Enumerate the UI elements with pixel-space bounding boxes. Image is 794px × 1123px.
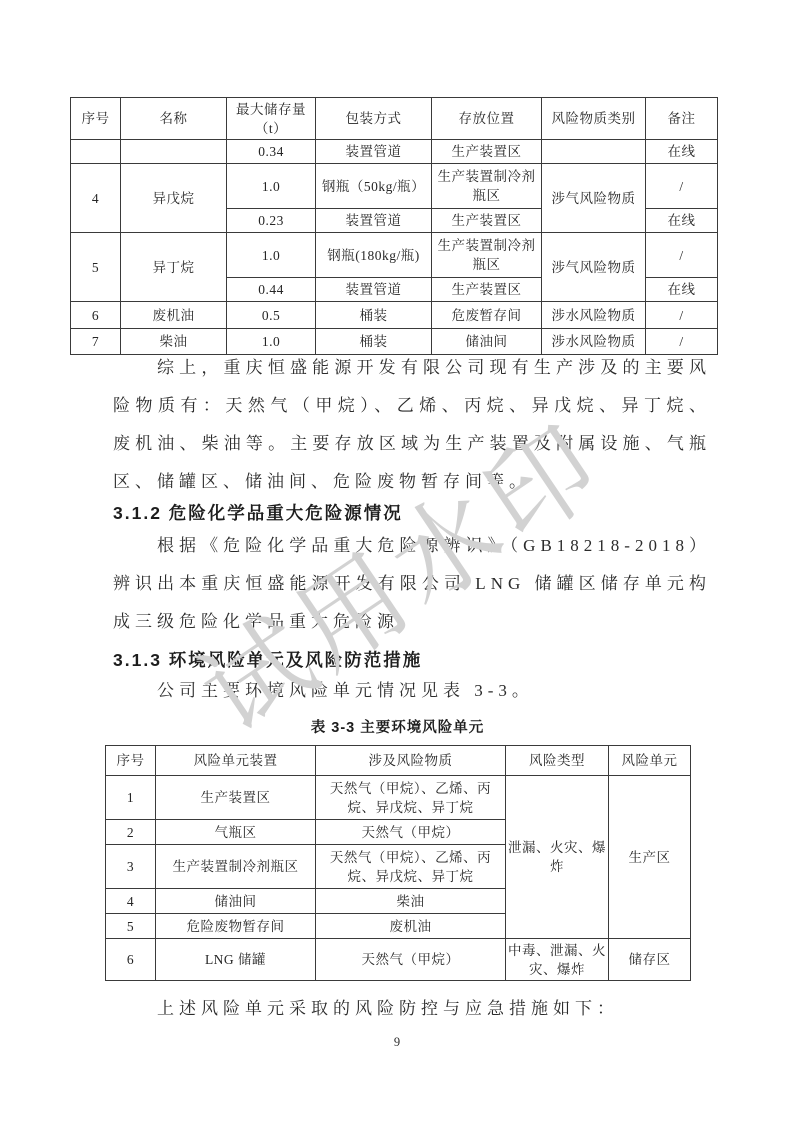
table-cell: 涉气风险物质 [542,164,646,233]
table-cell: 0.23 [227,209,316,233]
table-cell: 3 [106,845,156,889]
heading-3-1-2: 3.1.2 危险化学品重大危险源情况 [113,501,753,525]
table-cell: / [646,233,718,278]
table-cell: 在线 [646,209,718,233]
heading-3-1-3: 3.1.3 环境风险单元及风险防范措施 [113,648,753,672]
table-cell: 异丁烷 [121,233,227,302]
column-header: 涉及风险物质 [316,746,506,776]
table-cell: 生产装置区 [432,278,542,302]
table-cell: 储油间 [156,889,316,914]
column-header: 序号 [71,98,121,140]
table-header-row: 序号 名称 最大储存量（t） 包装方式 存放位置 风险物质类别 备注 [71,98,718,140]
table-cell: 钢瓶（50kg/瓶） [316,164,432,209]
table-cell: 天然气（甲烷） [316,820,506,845]
table-cell: 危废暂存间 [432,302,542,329]
column-header: 最大储存量（t） [227,98,316,140]
table-cell: 气瓶区 [156,820,316,845]
table-cell: 泄漏、火灾、爆炸 [506,776,609,939]
paragraph-measures-intro: 上述风险单元采取的风险防控与应急措施如下： [113,990,711,1028]
table-cell: 钢瓶(180kg/瓶) [316,233,432,278]
column-header: 序号 [106,746,156,776]
table-cell: 生产装置区 [156,776,316,820]
table-cell: 涉气风险物质 [542,233,646,302]
table-cell: 储存区 [609,939,691,981]
environment-risk-unit-table: 序号 风险单元装置 涉及风险物质 风险类型 风险单元 1 生产装置区 天然气（甲… [105,745,691,981]
table-cell: 生产装置制冷剂瓶区 [432,164,542,209]
table-cell: 0.44 [227,278,316,302]
table-cell: 异戊烷 [121,164,227,233]
table-cell: 生产装置区 [432,209,542,233]
table-cell: 2 [106,820,156,845]
table-cell: 5 [106,914,156,939]
table-cell: 柴油 [316,889,506,914]
table-cell: 在线 [646,140,718,164]
table-cell: 1.0 [227,164,316,209]
table-cell: 装置管道 [316,209,432,233]
table-cell: 天然气（甲烷）、乙烯、丙烷、异戊烷、异丁烷 [316,845,506,889]
page-number: 9 [0,1032,794,1052]
risk-substance-table: 序号 名称 最大储存量（t） 包装方式 存放位置 风险物质类别 备注 0.34 … [70,97,718,355]
table-cell [71,140,121,164]
table-cell [542,140,646,164]
table-cell: 天然气（甲烷）、乙烯、丙烷、异戊烷、异丁烷 [316,776,506,820]
column-header: 风险单元装置 [156,746,316,776]
column-header: 风险类型 [506,746,609,776]
table-cell: 6 [71,302,121,329]
table-row: 6 废机油 0.5 桶装 危废暂存间 涉水风险物质 / [71,302,718,329]
table-row: 0.34 装置管道 生产装置区 在线 [71,140,718,164]
column-header: 包装方式 [316,98,432,140]
table-cell: 4 [71,164,121,233]
table-cell: 4 [106,889,156,914]
table-cell: 废机油 [316,914,506,939]
table-cell: / [646,164,718,209]
column-header: 风险单元 [609,746,691,776]
table-cell: 生产装置区 [432,140,542,164]
table-row: 4 异戊烷 1.0 钢瓶（50kg/瓶） 生产装置制冷剂瓶区 涉气风险物质 / [71,164,718,209]
table-cell [121,140,227,164]
table-cell: 天然气（甲烷） [316,939,506,981]
table-cell: 废机油 [121,302,227,329]
table-cell: 生产区 [609,776,691,939]
table-cell: 0.5 [227,302,316,329]
table-cell: 涉水风险物质 [542,302,646,329]
table-row: 1 生产装置区 天然气（甲烷）、乙烯、丙烷、异戊烷、异丁烷 泄漏、火灾、爆炸 生… [106,776,691,820]
table-cell: 装置管道 [316,278,432,302]
paragraph-table-reference: 公司主要环境风险单元情况见表 3-3。 [113,672,711,710]
column-header: 存放位置 [432,98,542,140]
table-cell: 装置管道 [316,140,432,164]
table-cell: 1.0 [227,233,316,278]
table-cell: 5 [71,233,121,302]
paragraph-hazard-source: 根据《危险化学品重大危险源辨识》（GB18218-2018）辨识出本重庆恒盛能源… [113,527,711,641]
table-cell: 6 [106,939,156,981]
paragraph-summary: 综上，重庆恒盛能源开发有限公司现有生产涉及的主要风险物质有：天然气（甲烷）、乙烯… [113,349,711,501]
column-header: 备注 [646,98,718,140]
table-3-3-caption: 表 3-3 主要环境风险单元 [105,714,690,742]
column-header: 风险物质类别 [542,98,646,140]
table-cell: 在线 [646,278,718,302]
table-cell: / [646,302,718,329]
table-cell: 1 [106,776,156,820]
table-row: 6 LNG 储罐 天然气（甲烷） 中毒、泄漏、火灾、爆炸 储存区 [106,939,691,981]
document-page: 试用水印 序号 名称 最大储存量（t） 包装方式 存放位置 风险物质类别 备注 … [0,0,794,1123]
table-cell: 中毒、泄漏、火灾、爆炸 [506,939,609,981]
table-cell: 生产装置制冷剂瓶区 [432,233,542,278]
table-header-row: 序号 风险单元装置 涉及风险物质 风险类型 风险单元 [106,746,691,776]
table-cell: LNG 储罐 [156,939,316,981]
table-cell: 危险废物暂存间 [156,914,316,939]
column-header: 名称 [121,98,227,140]
table-cell: 生产装置制冷剂瓶区 [156,845,316,889]
table-cell: 桶装 [316,302,432,329]
table-cell: 0.34 [227,140,316,164]
table-row: 5 异丁烷 1.0 钢瓶(180kg/瓶) 生产装置制冷剂瓶区 涉气风险物质 / [71,233,718,278]
